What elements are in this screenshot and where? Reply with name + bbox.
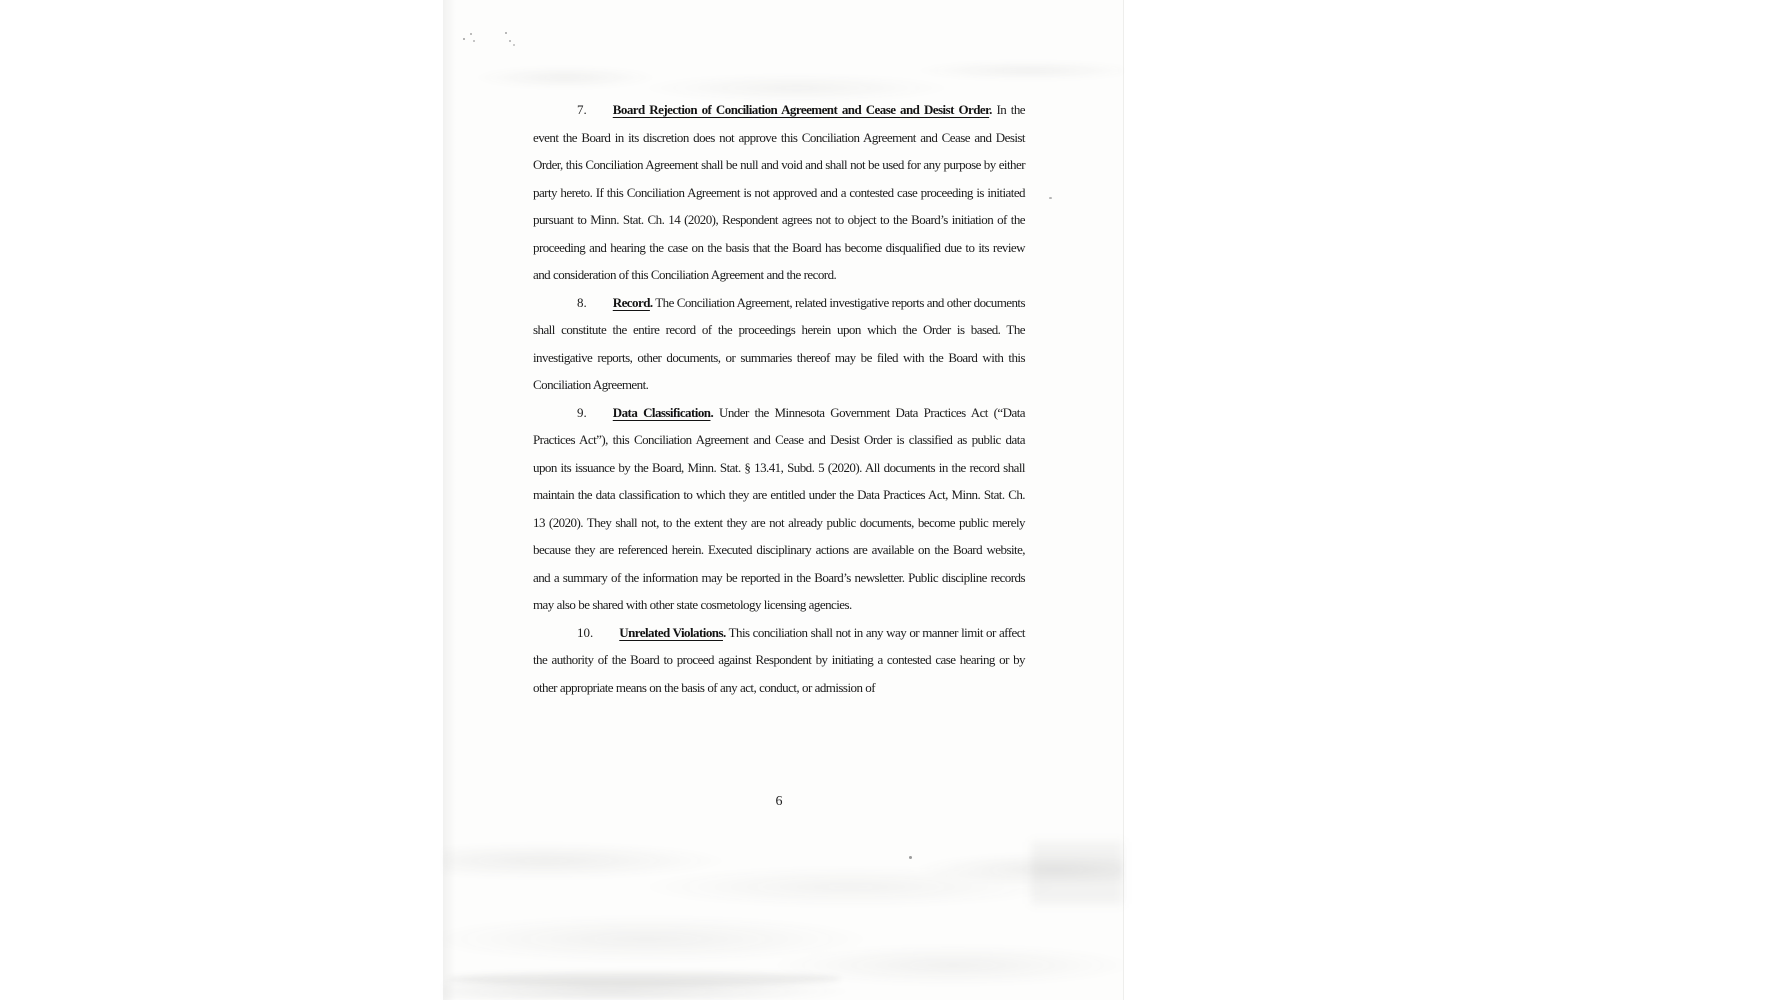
paragraph-9-heading: Data Classification [613, 405, 711, 420]
paragraph-10-body: This conciliation shall not in any way o… [533, 625, 1025, 695]
scan-speck [909, 856, 912, 859]
paragraph-9-body: Under the Minnesota Government Data Prac… [533, 405, 1025, 613]
paragraph-8-number: 8. [577, 295, 587, 310]
scanned-document-page: 7.Board Rejection of Conciliation Agreem… [443, 0, 1124, 1000]
page-number: 6 [533, 794, 1025, 810]
scan-speck-marks [463, 38, 465, 40]
scan-edge-shadow [443, 0, 456, 1000]
scan-bottom-streak [447, 972, 841, 986]
paragraph-7: 7.Board Rejection of Conciliation Agreem… [533, 96, 1025, 289]
scan-speck [1049, 197, 1052, 199]
scan-noise-bottom [443, 826, 1123, 1000]
paragraph-8-body: The Conciliation Agreement, related inve… [533, 295, 1025, 393]
paragraph-9: 9.Data Classification. Under the Minneso… [533, 399, 1025, 619]
paragraph-10-heading: Unrelated Violations [619, 625, 723, 640]
paragraph-10: 10.Unrelated Violations. This conciliati… [533, 619, 1025, 702]
scan-noise-patch [1031, 842, 1123, 904]
paragraph-7-body: In the event the Board in its discretion… [533, 102, 1025, 282]
paragraph-7-heading: Board Rejection of Conciliation Agreemen… [613, 102, 989, 117]
paragraph-8: 8.Record. The Conciliation Agreement, re… [533, 289, 1025, 399]
paragraph-8-heading: Record [613, 295, 650, 310]
paragraph-10-number: 10. [577, 625, 593, 640]
paragraph-9-number: 9. [577, 405, 587, 420]
paragraph-7-number: 7. [577, 102, 587, 117]
screenshot-canvas: 7.Board Rejection of Conciliation Agreem… [0, 0, 1778, 1000]
document-text-block: 7.Board Rejection of Conciliation Agreem… [533, 96, 1025, 701]
